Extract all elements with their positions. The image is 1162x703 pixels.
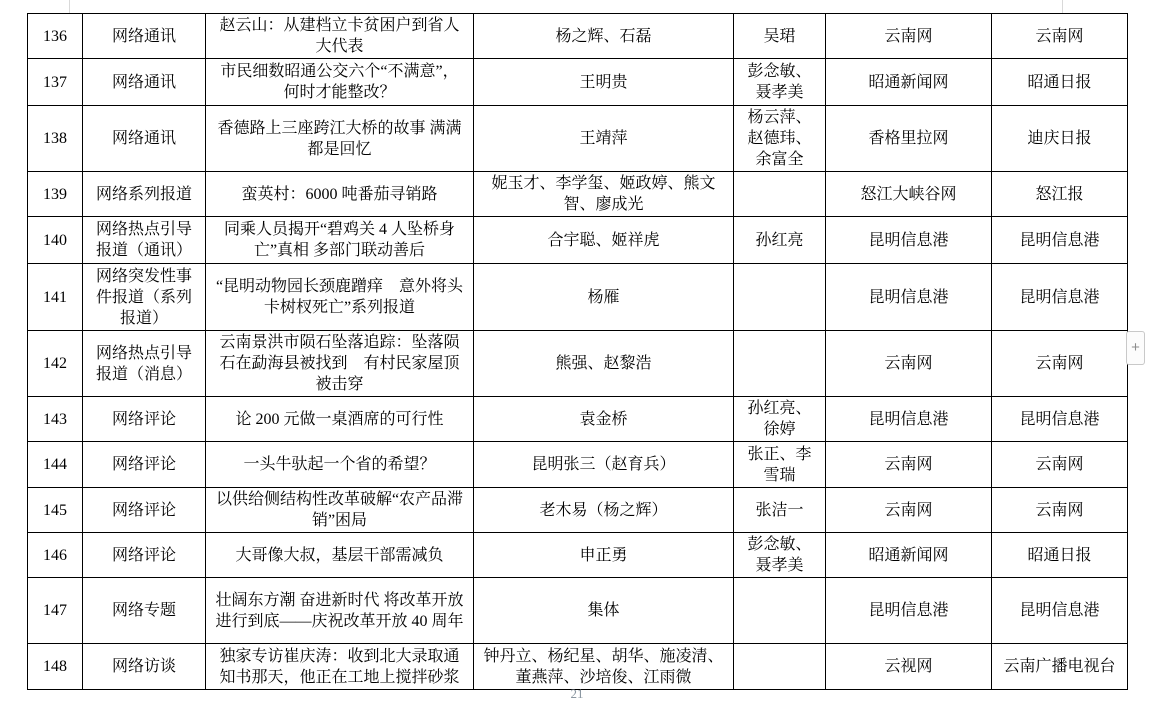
cell-website: 云南网 — [826, 488, 992, 533]
cell-media-organization: 昆明信息港 — [992, 217, 1128, 264]
cell-website: 昆明信息港 — [826, 397, 992, 442]
cell-category: 网络通讯 — [83, 106, 206, 172]
cell-title: 以供给侧结构性改革破解“农产品滞销”困局 — [206, 488, 474, 533]
cell-editors — [734, 264, 826, 331]
cell-authors: 合宇聪、姬祥虎 — [474, 217, 734, 264]
cell-authors: 王明贵 — [474, 59, 734, 106]
cell-category: 网络访谈 — [83, 644, 206, 690]
cell-media-organization: 昭通日报 — [992, 533, 1128, 578]
cell-website: 怒江大峡谷网 — [826, 172, 992, 217]
cell-authors: 老木易（杨之辉） — [474, 488, 734, 533]
cell-title: 香德路上三座跨江大桥的故事 满满都是回忆 — [206, 106, 474, 172]
cell-editors — [734, 172, 826, 217]
cell-media-organization: 怒江报 — [992, 172, 1128, 217]
cell-serial-number: 147 — [28, 578, 83, 644]
cell-serial-number: 136 — [28, 14, 83, 59]
cell-serial-number: 141 — [28, 264, 83, 331]
cell-website: 云南网 — [826, 331, 992, 397]
awards-table: 136 网络通讯 赵云山：从建档立卡贫困户到省人大代表 杨之辉、石磊 吴珺 云南… — [27, 13, 1128, 690]
cell-website: 昆明信息港 — [826, 217, 992, 264]
cell-authors: 集体 — [474, 578, 734, 644]
cell-editors: 吴珺 — [734, 14, 826, 59]
cell-authors: 钟丹立、杨纪星、胡华、施凌清、董燕萍、沙培俊、江雨微 — [474, 644, 734, 690]
cell-website: 昭通新闻网 — [826, 59, 992, 106]
cell-authors: 申正勇 — [474, 533, 734, 578]
table-row: 140 网络热点引导报道（通讯） 同乘人员揭开“碧鸡关 4 人坠桥身亡”真相 多… — [28, 217, 1128, 264]
cell-title: “昆明动物园长颈鹿蹭痒 意外将头卡树杈死亡”系列报道 — [206, 264, 474, 331]
cell-authors: 王靖萍 — [474, 106, 734, 172]
cell-category: 网络热点引导报道（通讯） — [83, 217, 206, 264]
cell-website: 昭通新闻网 — [826, 533, 992, 578]
table-row: 144 网络评论 一头牛驮起一个省的希望？ 昆明张三（赵育兵） 张正、李雪瑞 云… — [28, 442, 1128, 488]
cell-serial-number: 148 — [28, 644, 83, 690]
cell-title: 云南景洪市陨石坠落追踪：坠落陨石在勐海县被找到 有村民家屋顶被击穿 — [206, 331, 474, 397]
table-row: 141 网络突发性事件报道（系列报道） “昆明动物园长颈鹿蹭痒 意外将头卡树杈死… — [28, 264, 1128, 331]
cell-title: 论 200 元做一桌酒席的可行性 — [206, 397, 474, 442]
cell-media-organization: 云南网 — [992, 331, 1128, 397]
cell-serial-number: 137 — [28, 59, 83, 106]
cell-category: 网络评论 — [83, 488, 206, 533]
cell-title: 一头牛驮起一个省的希望？ — [206, 442, 474, 488]
table-row: 146 网络评论 大哥像大叔，基层干部需减负 申正勇 彭念敏、聂孝美 昭通新闻网… — [28, 533, 1128, 578]
cell-category: 网络突发性事件报道（系列报道） — [83, 264, 206, 331]
cell-editors — [734, 644, 826, 690]
cell-serial-number: 142 — [28, 331, 83, 397]
table-row: 147 网络专题 壮阔东方潮 奋进新时代 将改革开放进行到底——庆祝改革开放 4… — [28, 578, 1128, 644]
cell-serial-number: 146 — [28, 533, 83, 578]
cell-website: 昆明信息港 — [826, 578, 992, 644]
cell-title: 同乘人员揭开“碧鸡关 4 人坠桥身亡”真相 多部门联动善后 — [206, 217, 474, 264]
table-row: 138 网络通讯 香德路上三座跨江大桥的故事 满满都是回忆 王靖萍 杨云萍、赵德… — [28, 106, 1128, 172]
cell-serial-number: 139 — [28, 172, 83, 217]
table-row: 136 网络通讯 赵云山：从建档立卡贫困户到省人大代表 杨之辉、石磊 吴珺 云南… — [28, 14, 1128, 59]
cell-authors: 袁金桥 — [474, 397, 734, 442]
cell-category: 网络热点引导报道（消息） — [83, 331, 206, 397]
cell-authors: 熊强、赵黎浩 — [474, 331, 734, 397]
cell-authors: 杨雁 — [474, 264, 734, 331]
table-row: 142 网络热点引导报道（消息） 云南景洪市陨石坠落追踪：坠落陨石在勐海县被找到… — [28, 331, 1128, 397]
cell-authors: 杨之辉、石磊 — [474, 14, 734, 59]
cell-editors — [734, 578, 826, 644]
cell-title: 市民细数昭通公交六个“不满意”，何时才能整改？ — [206, 59, 474, 106]
page-number: 21 — [27, 686, 1127, 702]
cell-media-organization: 昭通日报 — [992, 59, 1128, 106]
cell-editors: 张洁一 — [734, 488, 826, 533]
cell-editors: 张正、李雪瑞 — [734, 442, 826, 488]
cell-title: 大哥像大叔，基层干部需减负 — [206, 533, 474, 578]
cell-serial-number: 138 — [28, 106, 83, 172]
cell-category: 网络通讯 — [83, 14, 206, 59]
table-row: 139 网络系列报道 蛮英村：6000 吨番茄寻销路 妮玉才、李学玺、姬政婷、熊… — [28, 172, 1128, 217]
document-page: 136 网络通讯 赵云山：从建档立卡贫困户到省人大代表 杨之辉、石磊 吴珺 云南… — [0, 0, 1162, 703]
cell-media-organization: 云南网 — [992, 442, 1128, 488]
table-add-button[interactable]: + — [1126, 331, 1145, 365]
cell-media-organization: 迪庆日报 — [992, 106, 1128, 172]
cell-authors: 妮玉才、李学玺、姬政婷、熊文智、廖成光 — [474, 172, 734, 217]
cell-title: 蛮英村：6000 吨番茄寻销路 — [206, 172, 474, 217]
cell-title: 赵云山：从建档立卡贫困户到省人大代表 — [206, 14, 474, 59]
table-row: 148 网络访谈 独家专访崔庆涛：收到北大录取通知书那天，他正在工地上搅拌砂浆 … — [28, 644, 1128, 690]
margin-guide-right — [1062, 0, 1063, 14]
cell-serial-number: 143 — [28, 397, 83, 442]
cell-website: 云南网 — [826, 14, 992, 59]
table-row: 145 网络评论 以供给侧结构性改革破解“农产品滞销”困局 老木易（杨之辉） 张… — [28, 488, 1128, 533]
cell-media-organization: 昆明信息港 — [992, 397, 1128, 442]
cell-authors: 昆明张三（赵育兵） — [474, 442, 734, 488]
table-row: 137 网络通讯 市民细数昭通公交六个“不满意”，何时才能整改？ 王明贵 彭念敏… — [28, 59, 1128, 106]
cell-website: 香格里拉网 — [826, 106, 992, 172]
cell-serial-number: 140 — [28, 217, 83, 264]
cell-editors: 彭念敏、聂孝美 — [734, 533, 826, 578]
cell-category: 网络评论 — [83, 442, 206, 488]
cell-media-organization: 云南网 — [992, 14, 1128, 59]
cell-serial-number: 144 — [28, 442, 83, 488]
cell-website: 云南网 — [826, 442, 992, 488]
cell-category: 网络系列报道 — [83, 172, 206, 217]
cell-editors: 杨云萍、赵德玮、余富全 — [734, 106, 826, 172]
cell-media-organization: 云南网 — [992, 488, 1128, 533]
table-row: 143 网络评论 论 200 元做一桌酒席的可行性 袁金桥 孙红亮、徐婷 昆明信… — [28, 397, 1128, 442]
cell-website: 昆明信息港 — [826, 264, 992, 331]
cell-media-organization: 昆明信息港 — [992, 578, 1128, 644]
cell-media-organization: 云南广播电视台 — [992, 644, 1128, 690]
cell-category: 网络专题 — [83, 578, 206, 644]
cell-category: 网络评论 — [83, 397, 206, 442]
cell-category: 网络评论 — [83, 533, 206, 578]
cell-title: 壮阔东方潮 奋进新时代 将改革开放进行到底——庆祝改革开放 40 周年 — [206, 578, 474, 644]
margin-guide-left — [69, 0, 70, 14]
cell-editors — [734, 331, 826, 397]
cell-website: 云视网 — [826, 644, 992, 690]
cell-category: 网络通讯 — [83, 59, 206, 106]
cell-media-organization: 昆明信息港 — [992, 264, 1128, 331]
cell-title: 独家专访崔庆涛：收到北大录取通知书那天，他正在工地上搅拌砂浆 — [206, 644, 474, 690]
cell-serial-number: 145 — [28, 488, 83, 533]
cell-editors: 孙红亮 — [734, 217, 826, 264]
cell-editors: 孙红亮、徐婷 — [734, 397, 826, 442]
cell-editors: 彭念敏、聂孝美 — [734, 59, 826, 106]
